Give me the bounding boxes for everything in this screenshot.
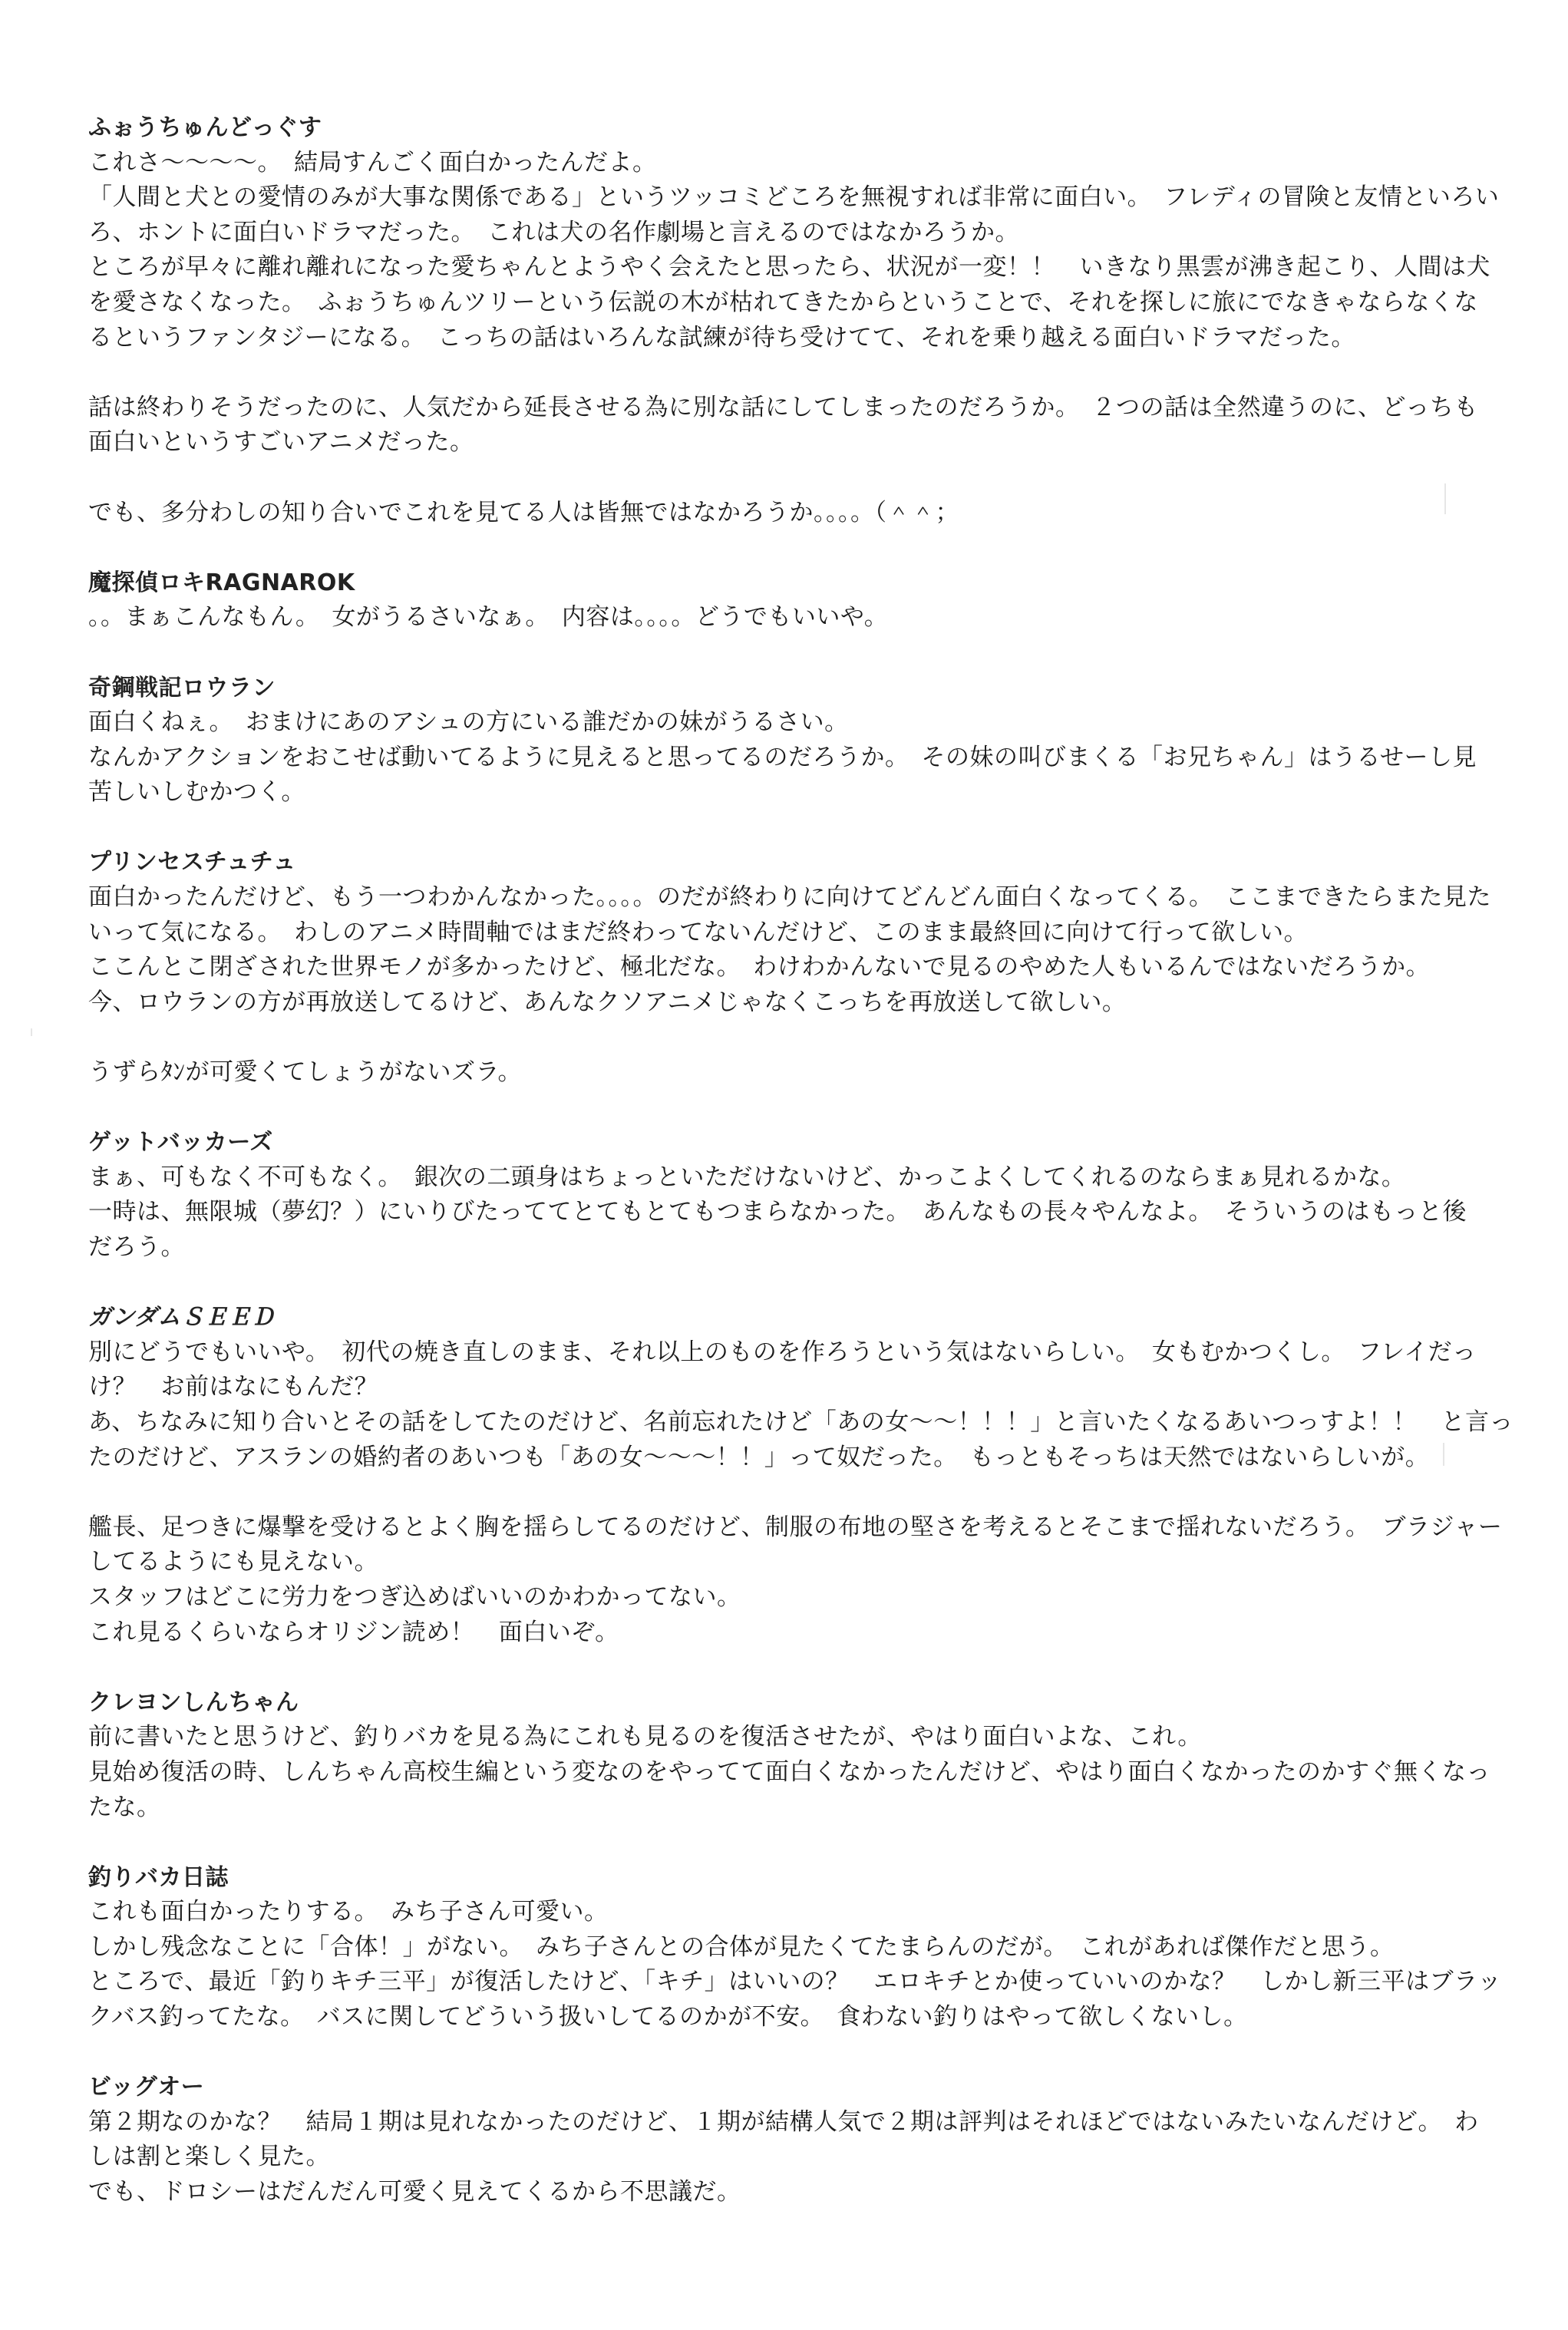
body-text-line: これも面白かったりする。 みち子さん可愛い。 [88,1895,1470,1930]
review-section: プリンセスチュチュ面白かったんだけど、もう一つわかんなかった。。。。のだが終わり… [88,845,1470,1125]
body-text-line: 面白くねぇ。 おまけにあのアシュの方にいる誰だかの妹がうるさい。 [88,705,1470,741]
section-gap [88,810,1470,846]
body-text-line: 第２期なのかな？ 結局１期は見れなかったのだけど、１期が結構人気で２期は評判はそ… [88,2105,1470,2140]
body-text-line: してるようにも見えない。 [88,1545,1470,1580]
review-section: ビッグオー第２期なのかな？ 結局１期は見れなかったのだけど、１期が結構人気で２期… [88,2070,1470,2210]
review-section: クレヨンしんちゃん前に書いたと思うけど、釣りバカを見る為にこれも見るのを復活させ… [88,1685,1470,1860]
body-text-line: ところが早々に離れ離れになった愛ちゃんとようやく会えたと思ったら、状況が一変！！… [88,250,1470,285]
section-title: クレヨンしんちゃん [88,1685,1470,1721]
section-title: ガンダムＳＥＥＤ [88,1300,1470,1335]
body-text-line: クバス釣ってたな。 バスに関してどういう扱いしてるのかが不安。 食わない釣りはや… [88,2000,1470,2035]
section-title: 魔探偵ロキRAGNAROK [88,566,1470,601]
body-text-line: 話は終わりそうだったのに、人気だから延長させる為に別な話にしてしまったのだろうか… [88,391,1470,426]
body-text-line: しかし残念なことに「合体！」がない。 みち子さんとの合体が見たくてたまらんのだが… [88,1930,1470,1965]
body-text-line: け？ お前はなにもんだ？ [88,1370,1470,1405]
body-text-line: 「人間と犬との愛情のみが大事な関係である」というツッコミどころを無視すれば非常に… [88,180,1470,216]
section-title: ゲットバッカーズ [88,1125,1470,1160]
body-text-line: でも、ドロシーはだんだん可愛く見えてくるから不思議だ。 [88,2175,1470,2210]
section-gap [88,635,1470,671]
body-text-line: 苦しいしむかつく。 [88,775,1470,810]
body-text-line: を愛さなくなった。 ふぉうちゅんツリーという伝説の木が枯れてきたからということで… [88,285,1470,321]
section-gap [88,1266,1470,1301]
section-title: ふぉうちゅんどっぐす [88,111,1470,146]
body-text-line: でも、多分わしの知り合いでこれを見てる人は皆無ではなかろうか。。。。（＾＾； [88,496,1470,531]
body-text-line: 面白いというすごいアニメだった。 [88,425,1470,460]
section-title: ビッグオー [88,2070,1470,2105]
body-text-line: まぁ、可もなく不可もなく。 銀次の二頭身はちょっといただけないけど、かっこよくし… [88,1160,1470,1196]
body-text-line: 一時は、無限城（夢幻？）にいりびたっててとてもとてもつまらなかった。 あんなもの… [88,1195,1470,1230]
document-page: ふぉうちゅんどっぐすこれさ〜〜〜〜。 結局すんごく面白かったんだよ。「人間と犬と… [88,111,1470,2210]
section-title: 奇鋼戦記ロウラン [88,671,1470,706]
review-section: 奇鋼戦記ロウラン面白くねぇ。 おまけにあのアシュの方にいる誰だかの妹がうるさい。… [88,671,1470,846]
section-gap [88,1091,1470,1126]
section-title: 釣りバカ日誌 [88,1860,1470,1896]
body-text-line: 今、ロウランの方が再放送してるけど、あんなクソアニメじゃなくこっちを再放送して欲… [88,985,1470,1021]
body-text-line: 面白かったんだけど、もう一つわかんなかった。。。。のだが終わりに向けてどんどん面… [88,880,1470,916]
body-text-line: 見始め復活の時、しんちゃん高校生編という変なのをやってて面白くなかったんだけど、… [88,1755,1470,1790]
section-gap [88,1825,1470,1860]
body-text-line: 艦長、足つきに爆撃を受けるとよく胸を揺らしてるのだけど、制服の布地の堅さを考える… [88,1510,1470,1546]
paragraph-gap [88,1475,1470,1510]
body-text-line: しは割と楽しく見た。 [88,2140,1470,2175]
body-text-line: るというファンタジーになる。 こっちの話はいろんな試練が待ち受けてて、それを乗り… [88,321,1470,356]
body-text-line: あ、ちなみに知り合いとその話をしてたのだけど、名前忘れたけど「あの女〜〜！！！」… [88,1405,1470,1441]
section-gap [88,1650,1470,1685]
body-text-line: これさ〜〜〜〜。 結局すんごく面白かったんだよ。 [88,146,1470,181]
body-text-line: ところで、最近「釣りキチ三平」が復活したけど、「キチ」はいいの？ エロキチとか使… [88,1965,1470,2000]
section-gap [88,2035,1470,2071]
body-text-line: ろ、ホントに面白いドラマだった。 これは犬の名作劇場と言えるのではなかろうか。 [88,216,1470,251]
body-text-line: うずらﾀﾝが可愛くてしょうがないズラ。 [88,1055,1470,1091]
review-section: ガンダムＳＥＥＤ別にどうでもいいや。 初代の焼き直しのまま、それ以上のものを作ろ… [88,1300,1470,1685]
body-text-line: スタッフはどこに労力をつぎ込めばいいのかわかってない。 [88,1580,1470,1615]
review-section: 魔探偵ロキRAGNAROK。。まぁこんなもん。 女がうるさいなぁ。 内容は。。。… [88,566,1470,671]
body-text-line: たのだけど、アスランの婚約者のあいつも「あの女〜〜〜！！」って奴だった。 もっと… [88,1441,1470,1476]
body-text-line: 。。まぁこんなもん。 女がうるさいなぁ。 内容は。。。。どうでもいいや。 [88,600,1470,635]
body-text-line: なんかアクションをおこせば動いてるように見えると思ってるのだろうか。 その妹の叫… [88,741,1470,776]
section-gap [88,530,1470,566]
paragraph-gap [88,460,1470,496]
body-text-line: 前に書いたと思うけど、釣りバカを見る為にこれも見るのを復活させたが、やはり面白い… [88,1720,1470,1755]
review-section: ふぉうちゅんどっぐすこれさ〜〜〜〜。 結局すんごく面白かったんだよ。「人間と犬と… [88,111,1470,566]
paragraph-gap [88,355,1470,391]
scan-artifact-mark [31,1028,32,1036]
review-section: ゲットバッカーズまぁ、可もなく不可もなく。 銀次の二頭身はちょっといただけないけ… [88,1125,1470,1300]
section-title: プリンセスチュチュ [88,845,1470,880]
body-text-line: ここんとこ閉ざされた世界モノが多かったけど、極北だな。 わけわかんないで見るのや… [88,950,1470,985]
scan-artifact-mark [1444,483,1446,514]
scan-artifact-mark [1443,1443,1444,1466]
body-text-line: 別にどうでもいいや。 初代の焼き直しのまま、それ以上のものを作ろうという気はない… [88,1335,1470,1371]
body-text-line: いって気になる。 わしのアニメ時間軸ではまだ終わってないんだけど、このまま最終回… [88,916,1470,951]
body-text-line: だろう。 [88,1230,1470,1266]
paragraph-gap [88,1020,1470,1055]
body-text-line: これ見るくらいならオリジン読め！ 面白いぞ。 [88,1615,1470,1651]
review-section: 釣りバカ日誌これも面白かったりする。 みち子さん可愛い。しかし残念なことに「合体… [88,1860,1470,2071]
body-text-line: たな。 [88,1790,1470,1826]
